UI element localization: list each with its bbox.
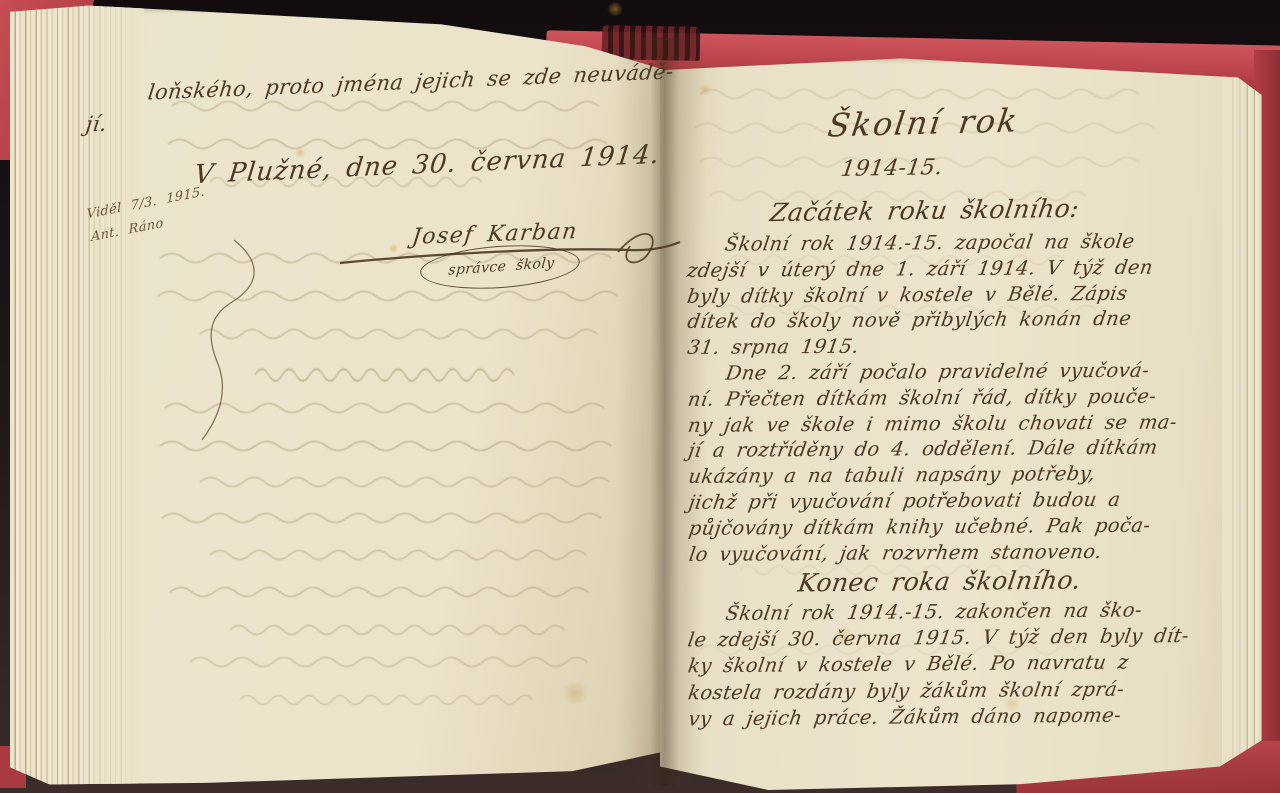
body-line: dítek do školy nově přibylých konán dne xyxy=(685,305,1233,335)
body-line: lo vyučování, jak rozvrhem stanoveno. xyxy=(687,538,1235,568)
body-line: Školní rok 1914.-15. započal na škole xyxy=(685,228,1233,258)
section-heading-start-of-year: Začátek roku školního: xyxy=(768,194,1077,227)
body-line: vy a jejich práce. Žákům dáno napome- xyxy=(686,701,1234,732)
section1-body: Školní rok 1914.-15. započal na škole zd… xyxy=(685,228,1235,567)
body-line: zdejší v úterý dne 1. září 1914. V týž d… xyxy=(685,254,1233,284)
left-page xyxy=(10,4,664,786)
body-line: Dne 2. září počalo pravidelné vyučová- xyxy=(686,357,1234,387)
foxing-spot xyxy=(606,2,624,16)
chronicle-title-line1: Školní rok xyxy=(780,100,1061,145)
book-photograph: loňského, proto jména jejich se zde neuv… xyxy=(0,0,1280,793)
body-line: le zdejší 30. června 1915. V týž den byl… xyxy=(686,623,1234,654)
body-line: 31. srpna 1915. xyxy=(686,331,1234,361)
chronicle-title-line2: 1914-15. xyxy=(800,154,980,182)
body-line: půjčovány dítkám knihy učebné. Pak poča- xyxy=(687,512,1235,542)
body-line: ní. Přečten dítkám školní řád, dítky pou… xyxy=(686,383,1234,413)
body-line: byly dítky školní v kostele v Bělé. Zápi… xyxy=(685,280,1233,310)
body-line: jí a roztříděny do 4. oddělení. Dále dít… xyxy=(686,434,1234,464)
body-line: jichž při vyučování potřebovati budou a xyxy=(687,486,1235,516)
body-line: ukázány a na tabuli napsány potřeby, xyxy=(686,460,1234,490)
left-page-body-line: jí. xyxy=(84,112,106,137)
signature-role: správce školy xyxy=(448,255,556,279)
page-edge-stack-left xyxy=(10,4,144,786)
section2-body: Školní rok 1914.-15. zakončen na ško- le… xyxy=(685,597,1234,733)
section-heading-end-of-year: Konec roka školního. xyxy=(796,566,1079,598)
